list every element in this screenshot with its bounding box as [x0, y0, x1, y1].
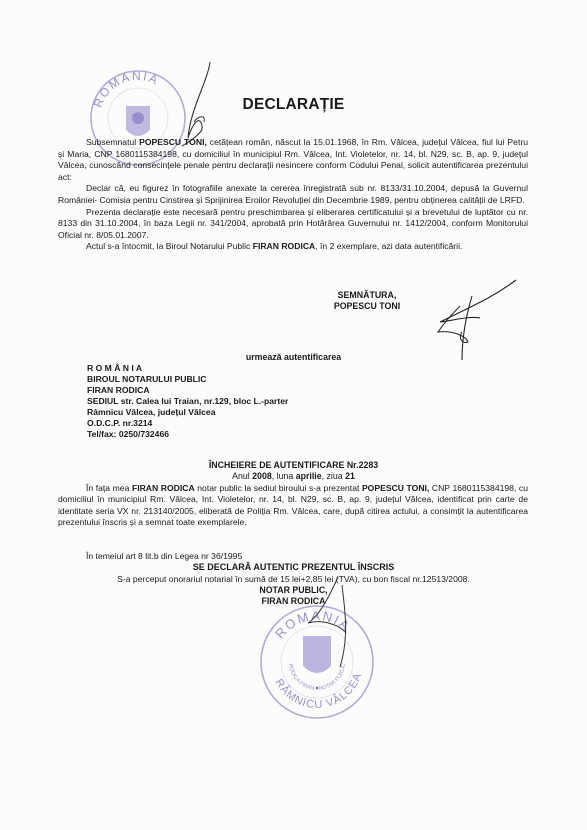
text-run: 2008 [252, 471, 272, 481]
text-run: POPESCU TONI, [362, 483, 429, 493]
legal-basis: În temeiul art 8 lit.b din Legea nr 36/1… [86, 551, 242, 561]
declared-authentic: SE DECLARĂ AUTENTIC PREZENTUL ÎNSCRIS [0, 562, 587, 572]
signature-mark-notary [300, 575, 370, 670]
declaration-body: Subsemnatul POPESCU TONI, cetățean român… [58, 137, 528, 253]
text-run: notar public la sediul biroului s-a prez… [195, 483, 362, 493]
document-title: DECLARAȚIE [0, 96, 587, 114]
notary-header-line: O.D.C.P. nr.3214 [87, 418, 288, 429]
signature-label: SEMNĂTURA, [320, 290, 414, 301]
notary-header-line: R O M Â N I A [87, 363, 288, 374]
text-run: POPESCU TONI, [139, 137, 207, 147]
text-run: 21 [345, 471, 355, 481]
text-run: Actul s-a întocmit, la Biroul Notarului … [86, 241, 253, 251]
notary-header-line: FIRAN RODICA [87, 385, 288, 396]
text-run: Anul [232, 471, 252, 481]
notary-office-header: R O M Â N I ABIROUL NOTARULUI PUBLICFIRA… [87, 363, 288, 440]
text-run: Prezenta declarație este necesară pentru… [58, 207, 528, 240]
text-run: , luna [272, 471, 296, 481]
text-run: Subsemnatul [86, 137, 139, 147]
notary-header-line: Râmnicu Vâlcea, județul Vâlcea [87, 407, 288, 418]
signature-block: SEMNĂTURA, POPESCU TONI [320, 290, 414, 312]
text-run: aprilie [296, 471, 322, 481]
declaration-paragraph: Actul s-a întocmit, la Biroul Notarului … [58, 241, 528, 253]
notary-title: NOTAR PUBLIC, [0, 585, 587, 596]
authentication-paragraph: În fața mea FIRAN RODICA notar public la… [58, 483, 528, 529]
conclusion-title: ÎNCHEIERE DE AUTENTIFICARE Nr.2283 [0, 460, 587, 470]
text-run: FIRAN RODICA [132, 483, 195, 493]
authentication-text: În fața mea FIRAN RODICA notar public la… [58, 483, 528, 529]
text-run: , ziua [322, 471, 345, 481]
scanned-document-page: ROMANIA DECLARAȚIE Subsemnatul POPESCU T… [0, 0, 587, 830]
text-run: FIRAN RODICA [253, 241, 316, 251]
notarial-fee-line: S-a perceput onorariul notarial în sumă … [0, 574, 587, 584]
follows-authentication-label: urmează autentificarea [0, 352, 587, 362]
text-run: Declar că, eu figurez în fotografiile an… [58, 183, 528, 205]
signatory-name: POPESCU TONI [320, 301, 414, 312]
notary-header-line: BIROUL NOTARULUI PUBLIC [87, 374, 288, 385]
declaration-paragraph: Prezenta declarație este necesară pentru… [58, 207, 528, 242]
text-run: , în 2 exemplare, azi data autentificări… [315, 241, 462, 251]
text-run: În fața mea [86, 483, 132, 493]
notary-header-line: Tel/fax: 0250/732466 [87, 429, 288, 440]
declaration-paragraph: Declar că, eu figurez în fotografiile an… [58, 183, 528, 206]
conclusion-date: Anul 2008, luna aprilie, ziua 21 [0, 471, 587, 481]
declaration-paragraph: Subsemnatul POPESCU TONI, cetățean român… [58, 137, 528, 183]
notary-header-line: SEDIUL str. Calea lui Traian, nr.129, bl… [87, 396, 288, 407]
